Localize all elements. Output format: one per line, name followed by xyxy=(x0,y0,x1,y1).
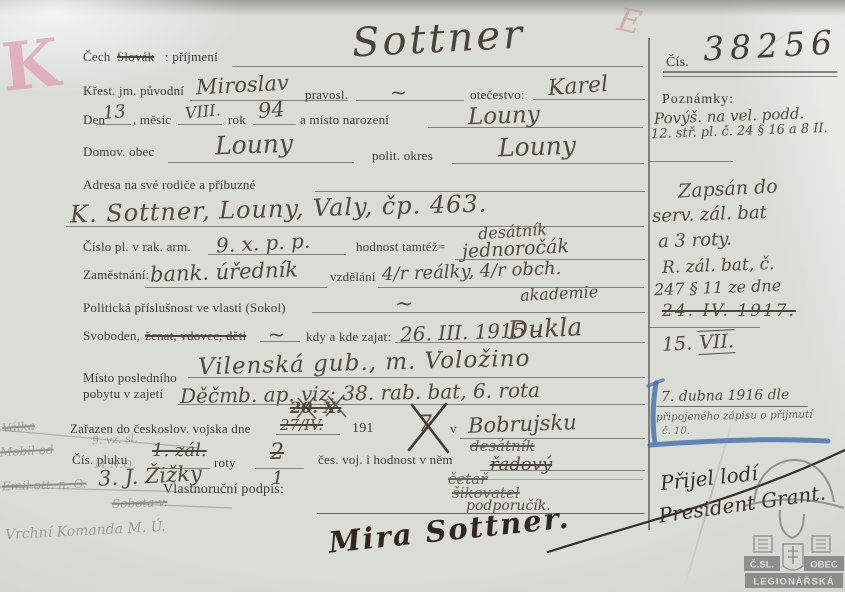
stamp-text-2: LEGIONÁŘSKÁ xyxy=(753,576,834,588)
captivity-line-bottom xyxy=(178,404,645,405)
regiment-at-label: Číslo pl. v rak. arm. xyxy=(83,239,191,255)
number-rule-2 xyxy=(663,76,837,77)
notes-entry-3: a 3 roty. xyxy=(658,229,733,253)
enlist-date-line xyxy=(276,434,340,435)
company-label: roty xyxy=(214,455,236,471)
notes-struck-date: 24. IV. 1917. xyxy=(662,301,796,321)
year-line xyxy=(253,124,295,125)
margin-note-6: Sobota v. xyxy=(112,495,168,511)
margin-note-2: 9. vz. sl. xyxy=(92,432,138,447)
address-value-line xyxy=(66,226,644,227)
home-label: Domov. obec xyxy=(83,144,154,160)
notes-final-date: 15. VII. xyxy=(661,330,735,356)
month-label: , měsíc xyxy=(133,112,171,128)
number-label: Čís. xyxy=(666,55,689,71)
number-rule-1 xyxy=(663,71,837,73)
notes-entry-4: R. zál. bat, č. xyxy=(662,254,775,278)
district-line xyxy=(452,163,644,164)
patronymic-line xyxy=(533,99,645,100)
nationality-struck: Slovák xyxy=(117,49,154,65)
captured-label: kdy a kde zajat: xyxy=(306,329,391,345)
enlist-place: Bobrujsku xyxy=(468,410,577,438)
education-line xyxy=(378,287,644,288)
marital-line xyxy=(260,341,300,342)
enlist-year: 191 xyxy=(352,421,374,437)
enlist-struck-date: 27/IV. xyxy=(280,416,323,434)
margin-note-7: Vrchní Komanda M. Ú. xyxy=(5,519,166,543)
cs-rank-struck-1: řadový xyxy=(490,454,552,475)
pink-k-stamp: K xyxy=(0,23,63,107)
margin-note-4: M.N.O. xyxy=(95,460,137,471)
red-e-mark: E xyxy=(614,0,645,42)
surname-label: : příjmení xyxy=(165,49,218,65)
district-label: polit. okres xyxy=(372,148,433,164)
regiment-cs-struck: 1. zál. xyxy=(152,440,207,461)
education-label: vzdělání xyxy=(330,269,376,285)
notes-final-roman: VII. xyxy=(698,329,736,355)
political-label: Politická příslušnost ve vlasti (Sokol) xyxy=(83,300,286,316)
year-value: 94 xyxy=(257,97,286,123)
religion-line xyxy=(356,100,464,101)
legion-stamp: Č.SL. OBEC LEGIONÁŘSKÁ xyxy=(742,452,845,592)
margin-note-3: Mobil od xyxy=(0,443,54,460)
education-value: 4/r reálky, 4/r obch. xyxy=(382,258,562,285)
notes-rule-1 xyxy=(648,161,733,162)
column-divider xyxy=(648,38,650,530)
marital-label: Svoboden, xyxy=(83,328,140,344)
enlist-struck-rank: desátník xyxy=(470,437,535,455)
enlist-struck-digit: 7 xyxy=(418,412,432,437)
captured-place: Dukla xyxy=(507,312,583,345)
home-value: Louny xyxy=(215,129,294,161)
captivity-label-2: pobytu v zajetí xyxy=(83,386,163,402)
signature-value: Mira Sottner. xyxy=(327,500,572,559)
cs-rank-line xyxy=(480,470,645,471)
notes-label: Poznámky: xyxy=(662,92,734,108)
notes-entry-2: serv. zál. bat xyxy=(652,202,768,227)
birthplace-line xyxy=(428,127,643,128)
job-label: Zaměstnání: xyxy=(83,267,149,283)
year-label: rok xyxy=(228,112,246,128)
surname-value: Sottner xyxy=(351,11,526,66)
company-struck: 2 xyxy=(270,440,284,465)
signature-label: Vlastnoruční podpis: xyxy=(163,482,284,498)
captivity-line-top xyxy=(188,377,645,378)
address-label: Adresa na své rodiče a příbuzné xyxy=(83,177,256,193)
blue-note-underline xyxy=(657,406,807,407)
captivity-value-top: Vilenská gub., m. Voložino xyxy=(198,346,531,381)
political-line xyxy=(312,312,645,313)
enlist-struck-above: 20. X. xyxy=(290,398,341,417)
captured-line xyxy=(395,342,645,343)
legion-registration-card: K E Čech Slovák : příjmení Sottner Čís. … xyxy=(0,0,845,592)
notes-entry-5: 247 § 11 ze dne xyxy=(654,276,782,299)
nationality-label: Čech xyxy=(83,49,111,65)
notes-entry-1: Zapsán do xyxy=(677,175,778,202)
soldier-face xyxy=(780,510,804,538)
birthplace-label: a místo narození xyxy=(300,112,389,128)
helmet-icon xyxy=(754,460,834,502)
blue-bracket-tick xyxy=(648,380,663,386)
job-line xyxy=(145,287,327,288)
double-cross xyxy=(788,546,798,564)
day-line xyxy=(97,124,131,125)
marital-struck: ženat, vdovec, děti xyxy=(145,328,246,344)
blue-note-line-3: č. 10. xyxy=(662,426,690,437)
stamp-text-1b: OBEC xyxy=(810,560,838,571)
patronymic-label: otečestvo: xyxy=(470,87,525,103)
stamp-text-1a: Č.SL. xyxy=(750,559,774,571)
helmet-brim xyxy=(744,499,844,508)
blue-note-line-2: připojeného zápisu o přijmutí xyxy=(656,409,813,424)
month-value: VIII. xyxy=(184,100,221,123)
notes-final-day: 15. xyxy=(661,332,692,356)
rank-at-label: hodnost tamtéž= xyxy=(356,239,445,255)
firstname-value: Miroslav xyxy=(195,71,289,100)
enlist-v-label: v xyxy=(450,421,457,437)
political-value: ~ xyxy=(395,292,413,317)
margin-note-1: Válka xyxy=(2,419,36,435)
margin-note-5: Emil ott. n. O. xyxy=(2,477,87,494)
day-value: 13 xyxy=(102,101,127,124)
month-line xyxy=(178,124,222,125)
education-value-2: akademie xyxy=(520,282,599,305)
cs-rank-line-2 xyxy=(480,479,643,480)
birthplace-value: Louny xyxy=(468,102,541,130)
job-value: bank. úředník xyxy=(150,257,299,286)
regiment-at-line xyxy=(208,254,346,255)
notes-rule-2 xyxy=(648,327,760,328)
marital-value: ~ xyxy=(268,322,285,346)
blue-note-line-1: 7. dubna 1916 dle xyxy=(661,387,790,405)
surname-line xyxy=(233,66,643,67)
home-line xyxy=(168,162,354,163)
cs-rank-label: čes. voj. i hodnost v něm xyxy=(318,452,453,468)
address-value: K. Sottner, Louny, Valy, čp. 463. xyxy=(70,190,488,229)
religion-label: pravosl. xyxy=(305,87,348,103)
day-label: Den xyxy=(83,112,105,128)
patronymic-value: Karel xyxy=(547,72,609,101)
firstname-label: Křest. jm. původní xyxy=(83,83,184,99)
captivity-label-1: Místo posledního xyxy=(83,370,177,386)
district-value: Louny xyxy=(498,131,577,163)
